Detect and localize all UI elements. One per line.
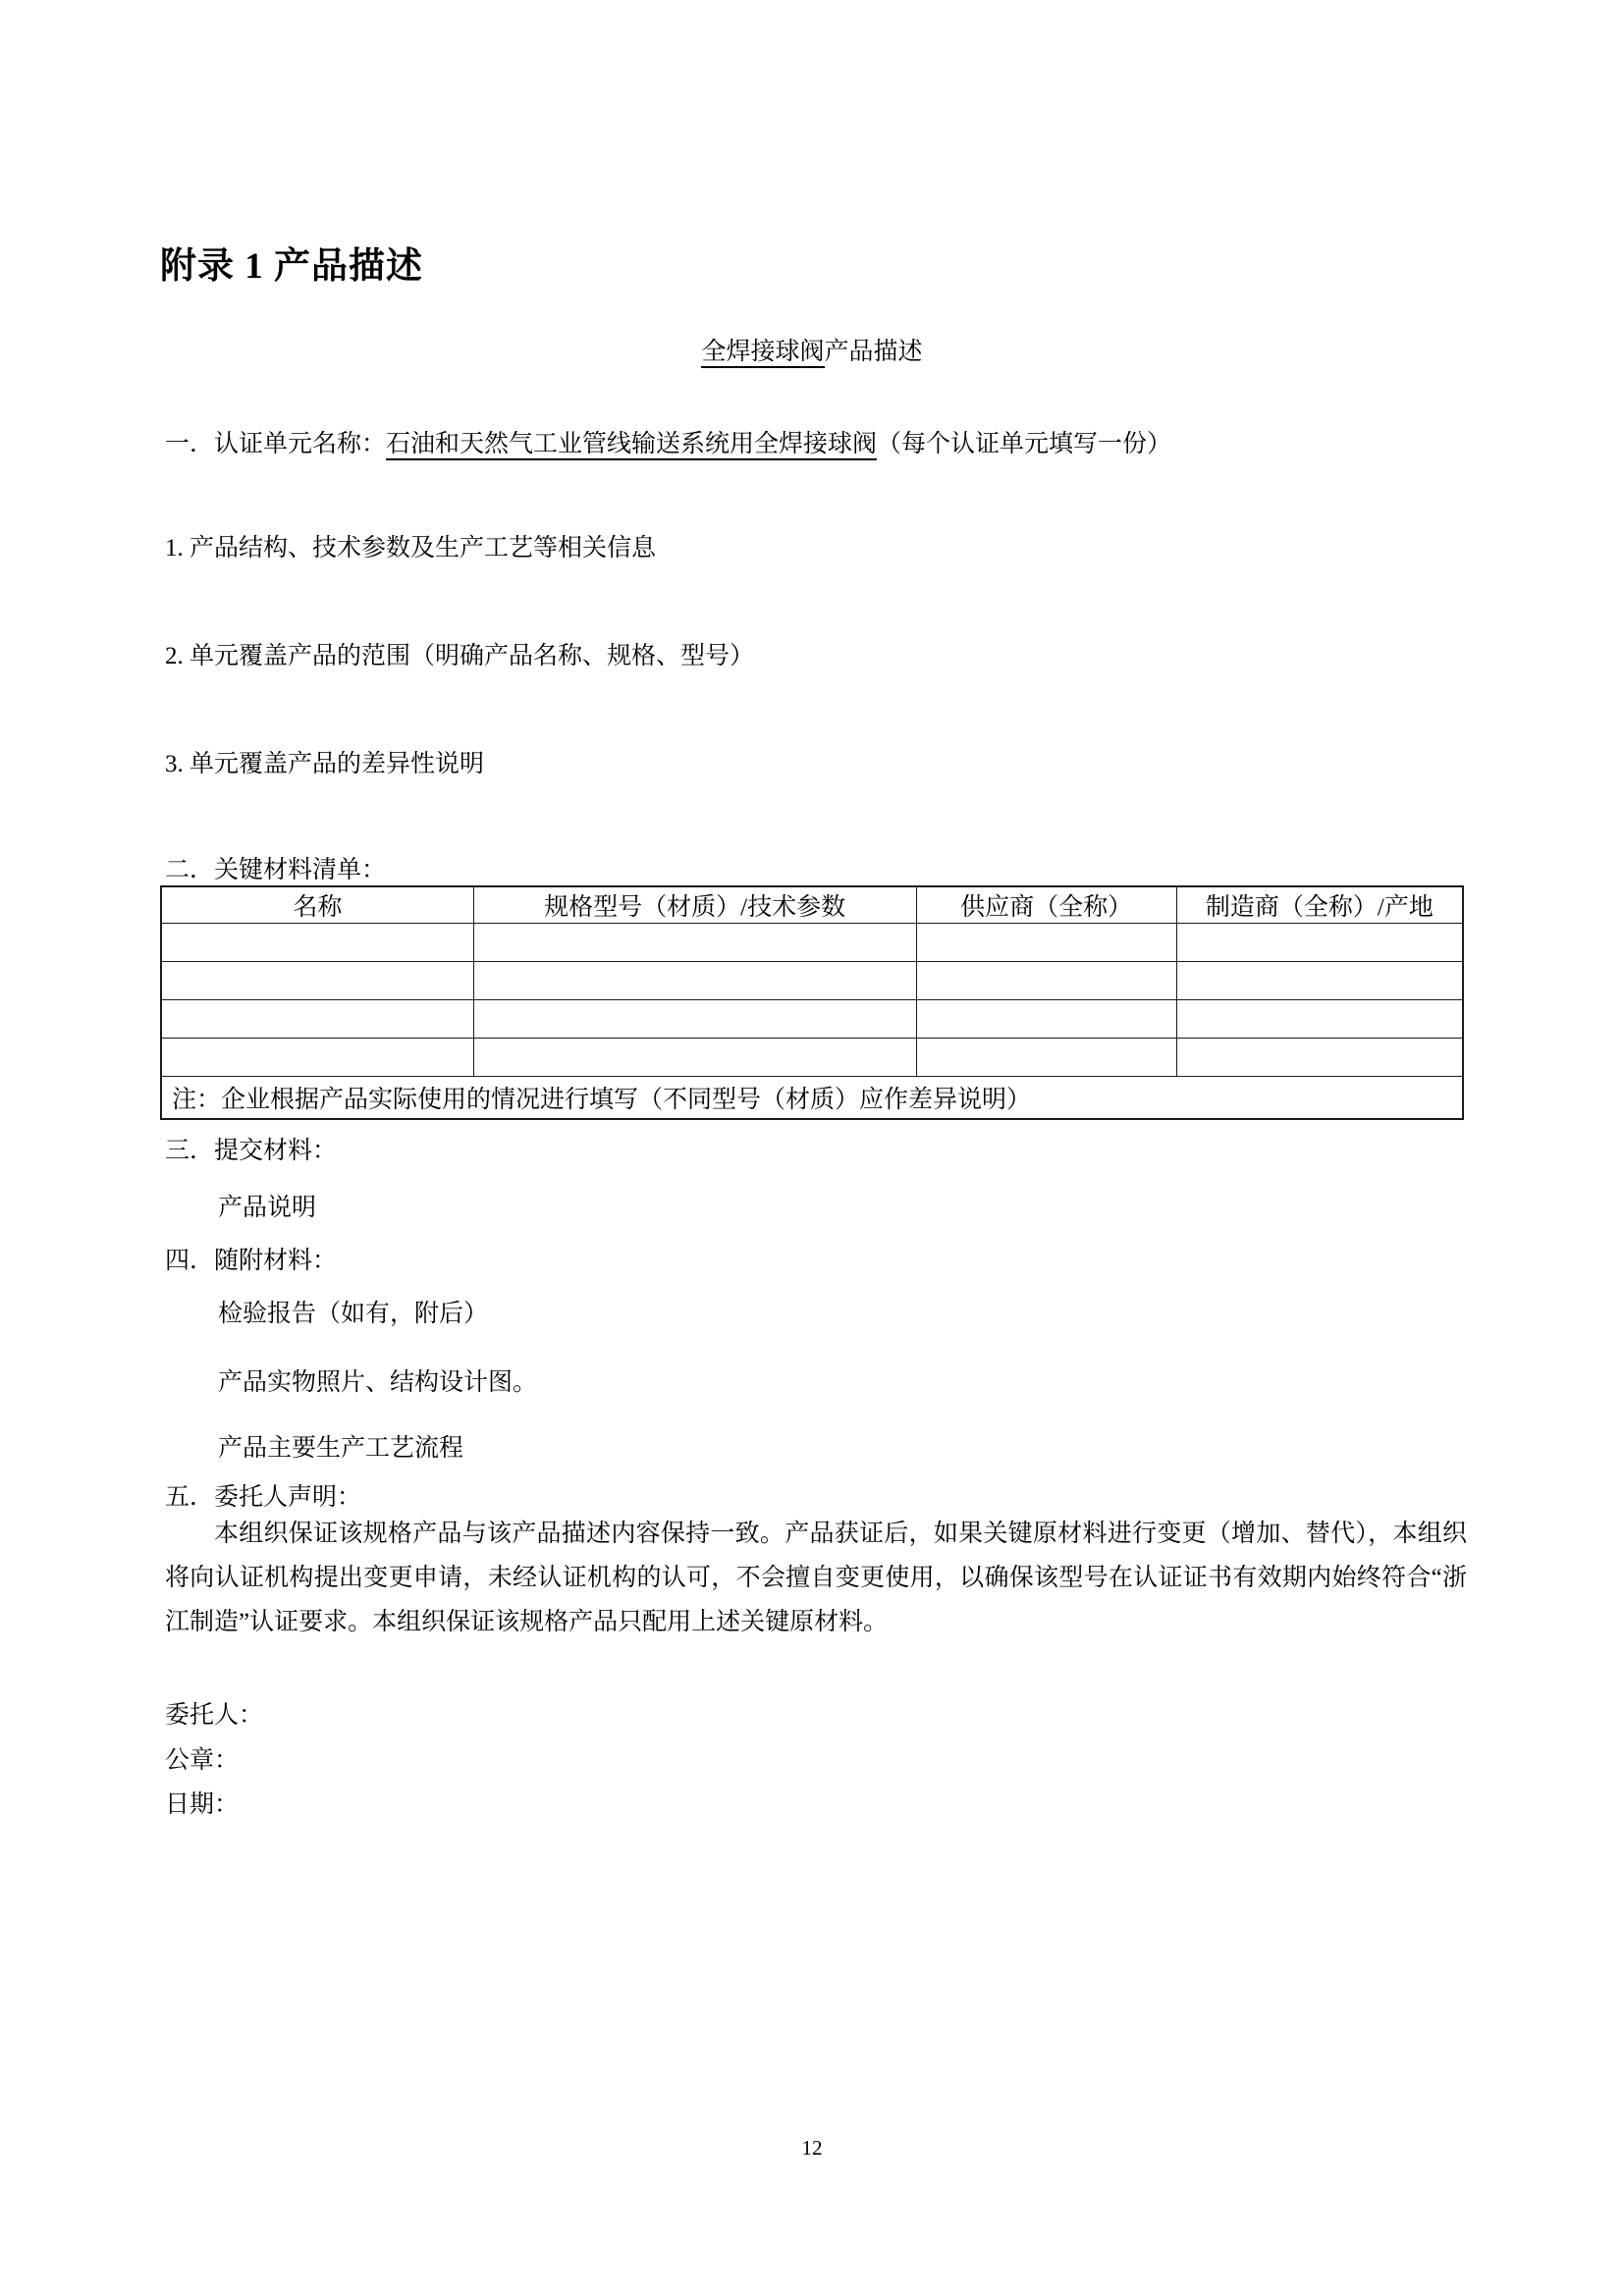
table-row bbox=[161, 1039, 1463, 1077]
declaration-paragraph: 本组织保证该规格产品与该产品描述内容保持一致。产品获证后，如果关键原材料进行变更… bbox=[165, 1512, 1467, 1644]
table-cell bbox=[916, 962, 1176, 1000]
attached-materials-heading: 四．随附材料： bbox=[165, 1241, 337, 1276]
item-1-product-structure: 1. 产品结构、技术参数及生产工艺等相关信息 bbox=[165, 528, 656, 563]
attached-item-process-flow: 产品主要生产工艺流程 bbox=[218, 1428, 463, 1464]
table-cell bbox=[161, 924, 473, 962]
header-name: 名称 bbox=[161, 886, 473, 924]
subtitle-rest-text: 产品描述 bbox=[825, 339, 923, 365]
table-header-row: 名称 规格型号（材质）/技术参数 供应商（全称） 制造商（全称）/产地 bbox=[161, 886, 1463, 924]
client-declaration-heading: 五．委托人声明： bbox=[165, 1477, 361, 1513]
cert-unit-suffix: （每个认证单元填写一份） bbox=[877, 431, 1171, 457]
attached-item-product-photos: 产品实物照片、结构设计图。 bbox=[218, 1362, 537, 1398]
signature-date-label: 日期： bbox=[165, 1785, 239, 1820]
item-3-product-difference: 3. 单元覆盖产品的差异性说明 bbox=[165, 744, 484, 779]
table-cell bbox=[161, 1000, 473, 1039]
signature-client-label: 委托人： bbox=[165, 1695, 263, 1731]
key-materials-heading: 二．关键材料清单： bbox=[165, 850, 386, 885]
table-cell bbox=[916, 1039, 1176, 1077]
header-supplier: 供应商（全称） bbox=[916, 886, 1176, 924]
table-cell bbox=[161, 962, 473, 1000]
table-cell bbox=[473, 1000, 916, 1039]
table-cell bbox=[916, 924, 1176, 962]
appendix-title: 附录 1 产品描述 bbox=[160, 236, 423, 289]
table-cell bbox=[1176, 962, 1463, 1000]
table-row bbox=[161, 962, 1463, 1000]
product-description-subtitle: 全焊接球阀产品描述 bbox=[0, 332, 1624, 367]
table-cell bbox=[1176, 1000, 1463, 1039]
table-cell bbox=[161, 1039, 473, 1077]
signature-seal-label: 公章： bbox=[165, 1740, 239, 1776]
header-manufacturer: 制造商（全称）/产地 bbox=[1176, 886, 1463, 924]
cert-unit-prefix: 一．认证单元名称： bbox=[165, 431, 386, 457]
table-cell bbox=[1176, 924, 1463, 962]
table-note-row: 注：企业根据产品实际使用的情况进行填写（不同型号（材质）应作差异说明） bbox=[161, 1077, 1463, 1120]
table-note: 注：企业根据产品实际使用的情况进行填写（不同型号（材质）应作差异说明） bbox=[161, 1077, 1463, 1120]
submitted-materials-heading: 三．提交材料： bbox=[165, 1131, 337, 1166]
table-cell bbox=[1176, 1039, 1463, 1077]
document-page: 附录 1 产品描述 全焊接球阀产品描述 一．认证单元名称：石油和天然气工业管线输… bbox=[0, 0, 1624, 2296]
subtitle-underlined-text: 全焊接球阀 bbox=[701, 339, 824, 368]
page-number: 12 bbox=[0, 2136, 1624, 2161]
table-cell bbox=[473, 962, 916, 1000]
key-materials-table: 名称 规格型号（材质）/技术参数 供应商（全称） 制造商（全称）/产地 bbox=[160, 885, 1464, 1120]
submitted-item-product-description: 产品说明 bbox=[218, 1188, 316, 1223]
table-cell bbox=[473, 1039, 916, 1077]
item-2-product-scope: 2. 单元覆盖产品的范围（明确产品名称、规格、型号） bbox=[165, 636, 754, 671]
header-spec-model: 规格型号（材质）/技术参数 bbox=[473, 886, 916, 924]
table-cell bbox=[473, 924, 916, 962]
table-row bbox=[161, 1000, 1463, 1039]
attached-item-inspection-report: 检验报告（如有，附后） bbox=[218, 1294, 488, 1329]
certification-unit-name-line: 一．认证单元名称：石油和天然气工业管线输送系统用全焊接球阀（每个认证单元填写一份… bbox=[165, 424, 1171, 459]
table-cell bbox=[916, 1000, 1176, 1039]
table-row bbox=[161, 924, 1463, 962]
cert-unit-underlined-name: 石油和天然气工业管线输送系统用全焊接球阀 bbox=[386, 431, 877, 460]
